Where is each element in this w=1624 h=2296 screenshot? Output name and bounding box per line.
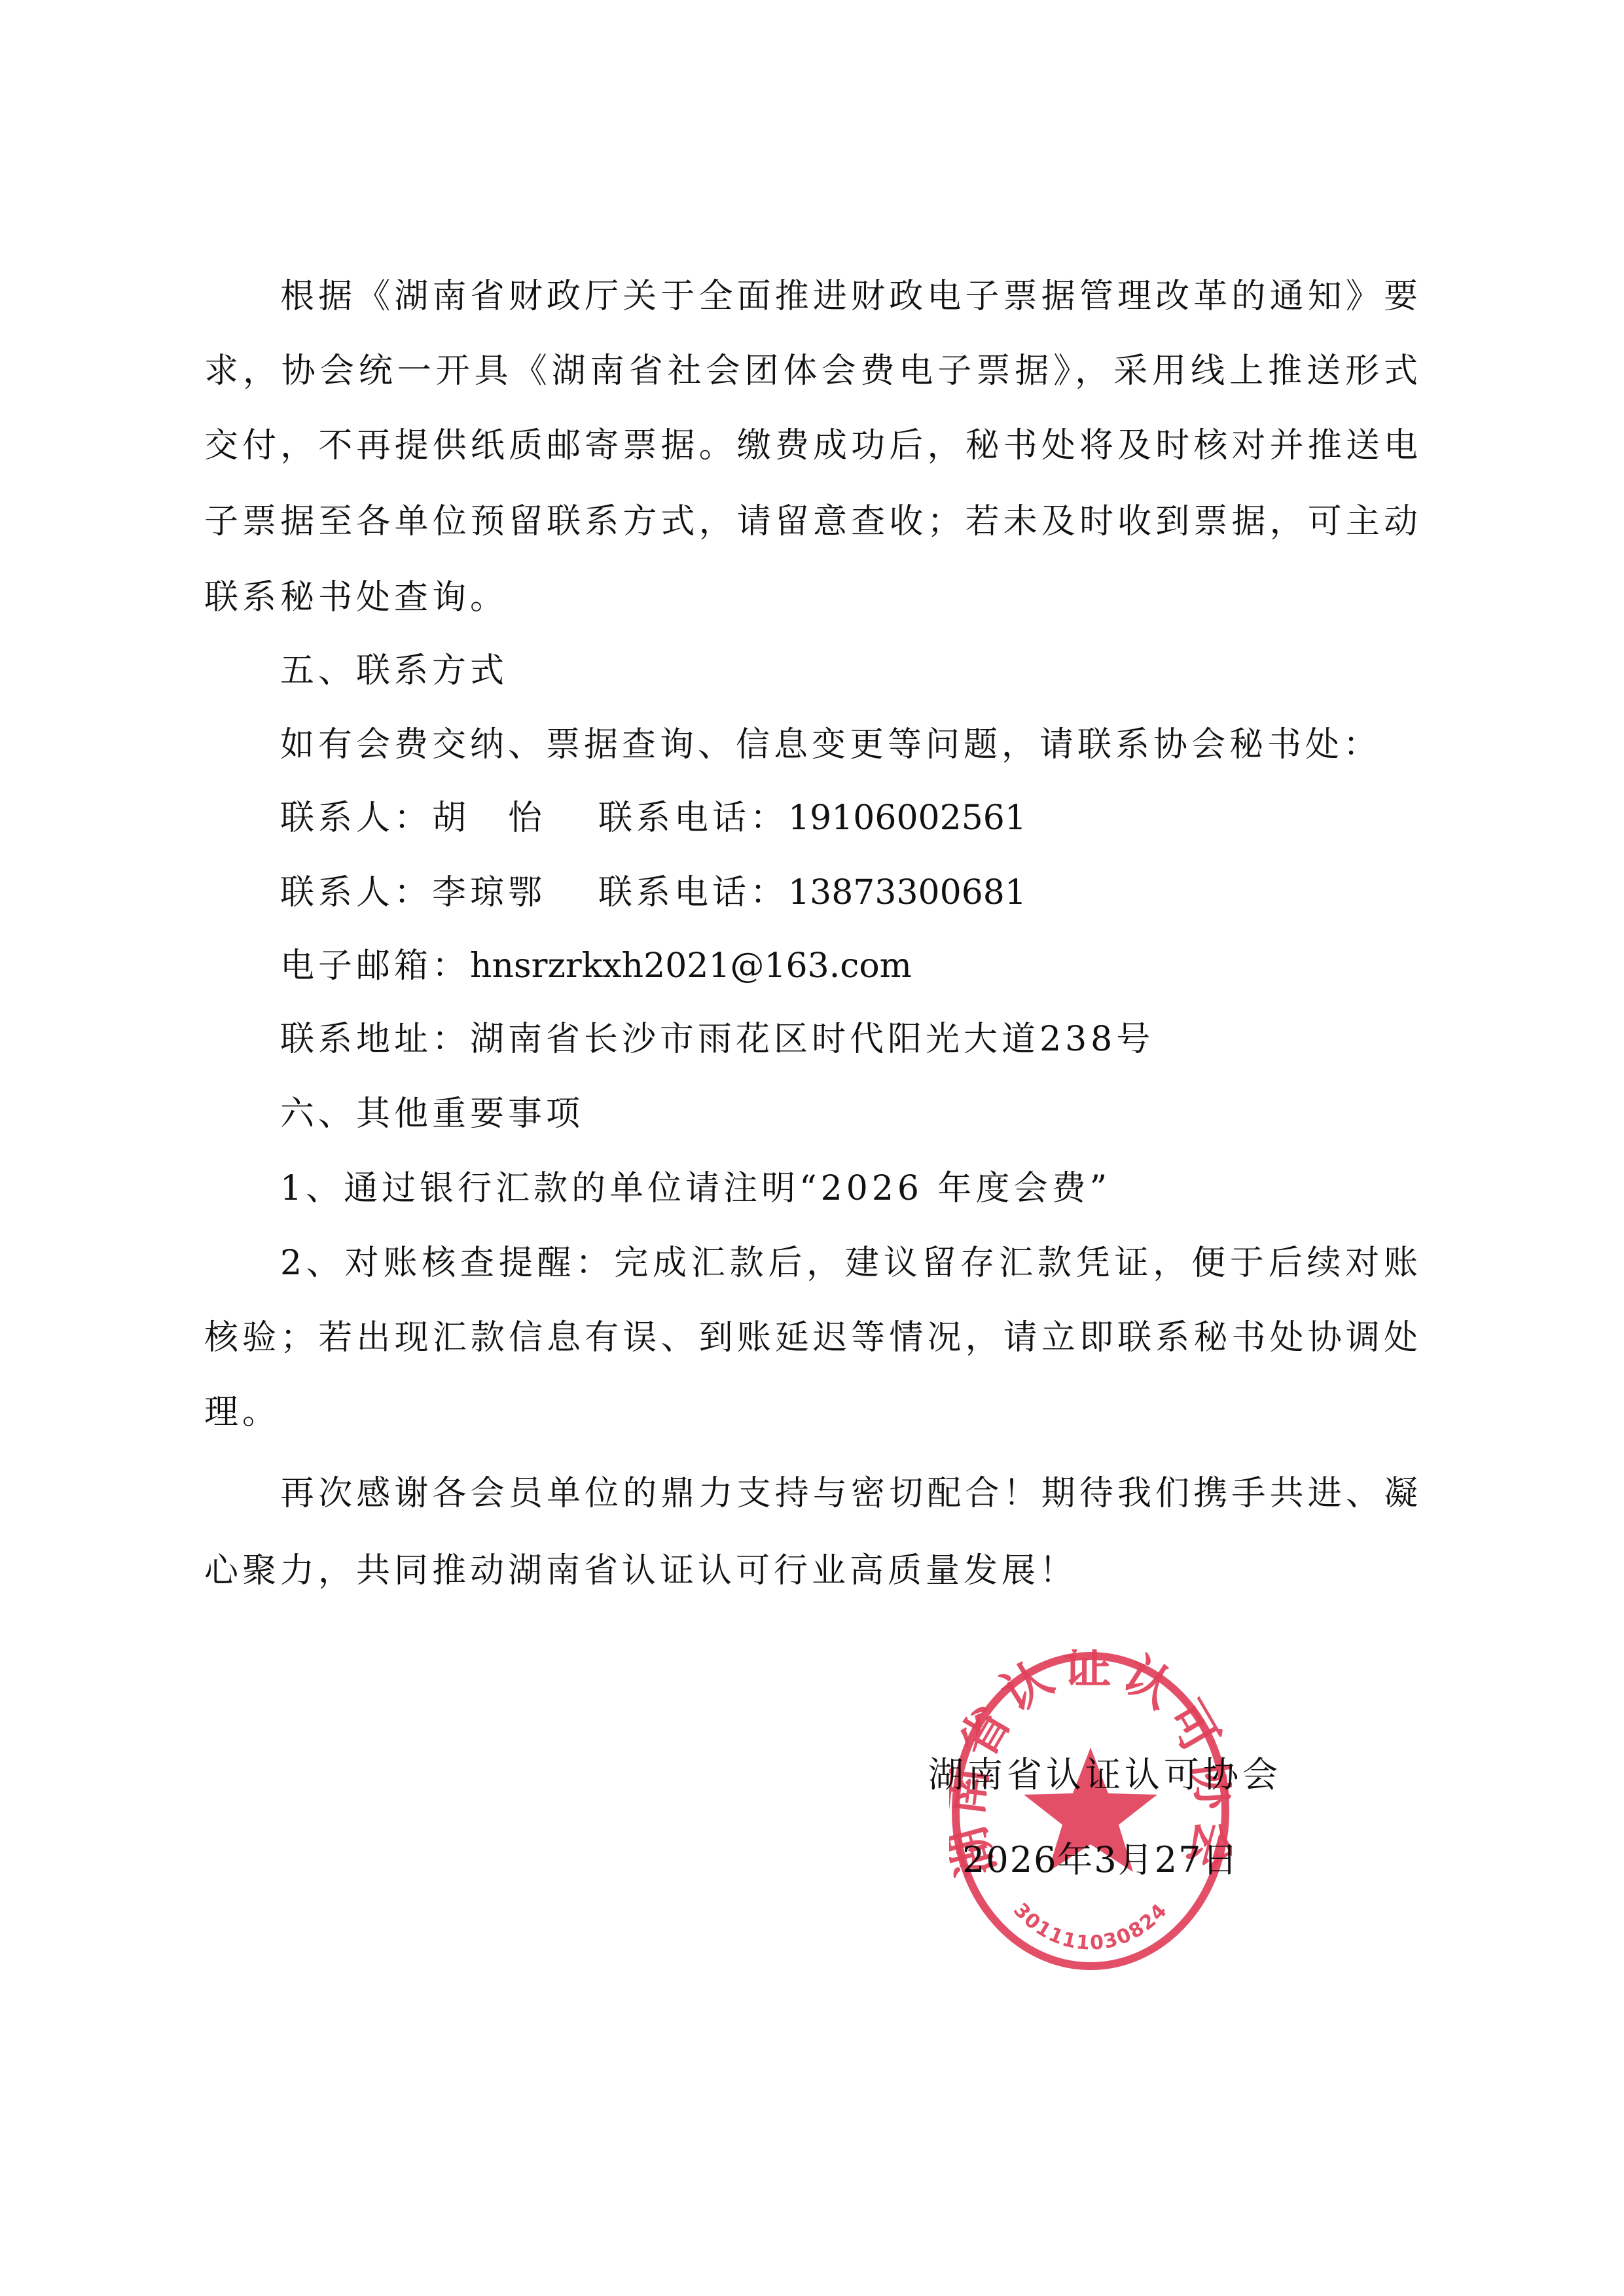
signature-date: 2026年3月27日	[962, 1834, 1239, 1886]
other-item-2-line-2: 核验；若出现汇款信息有误、到账延迟等情况，请立即联系秘书处协调处	[204, 1312, 1422, 1364]
email-label: 电子邮箱：	[280, 946, 470, 986]
document-page: 根据《湖南省财政厅关于全面推进财政电子票据管理改革的通知》要 求，协会统一开具《…	[0, 0, 1624, 2296]
contact-label: 联系人：	[280, 873, 432, 912]
contact-phone[interactable]: 19106002561	[788, 798, 1026, 838]
contact-row-2: 联系人：李琼鄂联系电话：13873300681	[280, 867, 1422, 919]
paragraph-invoice-line-5: 联系秘书处查询。	[204, 571, 1422, 624]
paragraph-invoice-line-3: 交付，不再提供纸质邮寄票据。缴费成功后，秘书处将及时核对并推送电	[204, 420, 1422, 472]
contact-phone-label: 联系电话：	[598, 798, 788, 838]
signature-organization: 湖南省认证认可协会	[928, 1749, 1282, 1801]
email-link[interactable]: hnsrzrkxh2021@163.com	[470, 946, 912, 986]
official-seal-stamp: 湖南省认证认可协会 43011110308248	[949, 1649, 1232, 1973]
contact-row-1: 联系人：胡 怡联系电话：19106002561	[280, 792, 1422, 844]
paragraph-invoice-line-1: 根据《湖南省财政厅关于全面推进财政电子票据管理改革的通知》要	[280, 270, 1422, 323]
section-contact-heading: 五、联系方式	[280, 645, 1422, 697]
other-item-1: 1、通过银行汇款的单位请注明“2026 年度会费”	[280, 1162, 1422, 1215]
contact-address-row: 联系地址：湖南省长沙市雨花区时代阳光大道238号	[280, 1013, 1422, 1066]
seal-icon: 湖南省认证认可协会 43011110308248	[949, 1649, 1232, 1973]
contact-name: 李琼鄂	[432, 873, 546, 912]
contact-phone-label: 联系电话：	[598, 873, 788, 912]
other-item-2-line-1: 2、对账核查提醒：完成汇款后，建议留存汇款凭证，便于后续对账	[280, 1237, 1422, 1289]
contact-email-row: 电子邮箱：hnsrzrkxh2021@163.com	[280, 940, 1422, 992]
contact-phone[interactable]: 13873300681	[788, 873, 1026, 912]
contact-intro: 如有会费交纳、票据查询、信息变更等问题，请联系协会秘书处：	[280, 719, 1422, 771]
paragraph-invoice-line-4: 子票据至各单位预留联系方式，请留意查收；若未及时收到票据，可主动	[204, 495, 1422, 548]
address-value: 湖南省长沙市雨花区时代阳光大道238号	[470, 1020, 1154, 1059]
paragraph-invoice-line-2: 求，协会统一开具《湖南省社会团体会费电子票据》，采用线上推送形式	[204, 345, 1422, 397]
contact-name: 胡 怡	[432, 798, 546, 838]
closing-line-1: 再次感谢各会员单位的鼎力支持与密切配合！期待我们携手共进、凝	[280, 1467, 1422, 1520]
section-other-heading: 六、其他重要事项	[280, 1088, 1422, 1140]
contact-label: 联系人：	[280, 798, 432, 838]
closing-line-2: 心聚力，共同推动湖南省认证认可行业高质量发展！	[204, 1545, 1422, 1597]
address-label: 联系地址：	[280, 1020, 470, 1059]
other-item-2-line-3: 理。	[204, 1386, 1422, 1439]
